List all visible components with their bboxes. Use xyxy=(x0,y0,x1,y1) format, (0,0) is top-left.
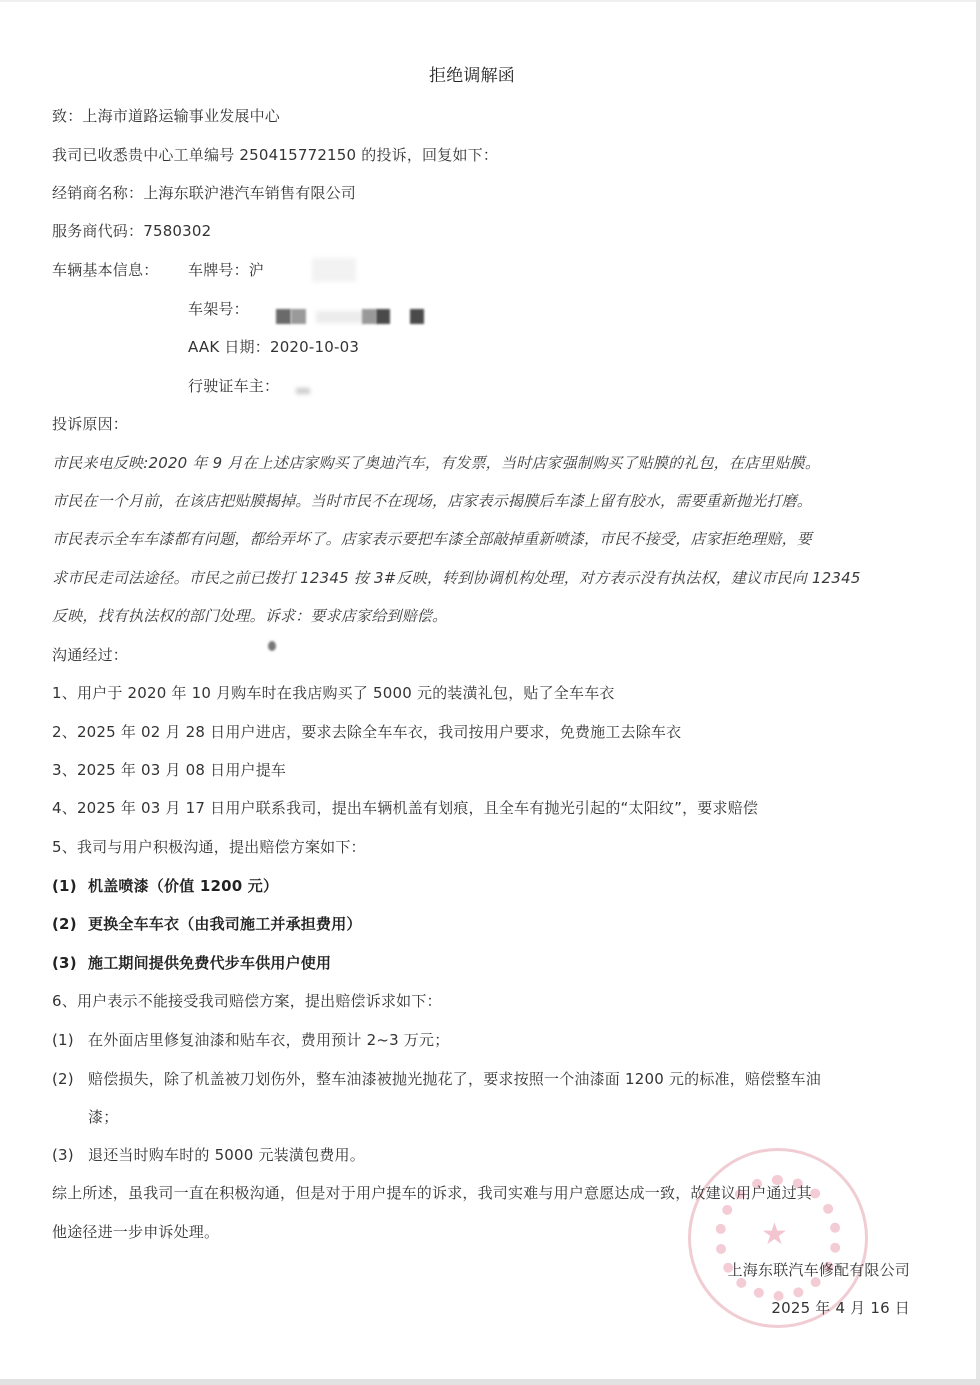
redacted-plate xyxy=(312,258,356,282)
demand-index: (1) xyxy=(52,1030,88,1050)
proposal-index: (2) xyxy=(52,914,88,934)
communication-item: 2、2025 年 02 月 28 日用户进店，要求去除全车车衣，我司按用户要求，… xyxy=(52,722,681,742)
proposal-item: (2)更换全车车衣（由我司施工并承担费用） xyxy=(52,914,362,934)
addressee: 致：上海市道路运输事业发展中心 xyxy=(52,106,280,126)
demand-continuation: 漆； xyxy=(88,1107,118,1127)
complaint-line: 市民表示全车车漆都有问题，都给弄坏了。店家表示要把车漆全部敲掉重新喷漆，市民不接… xyxy=(52,529,812,549)
communication-item: 3、2025 年 03 月 08 日用户提车 xyxy=(52,760,286,780)
redacted-owner xyxy=(296,388,310,394)
proposal-text: 施工期间提供免费代步车供用户使用 xyxy=(88,954,331,972)
intro-line: 我司已收悉贵中心工单编号 250415772150 的投诉，回复如下： xyxy=(52,145,498,165)
proposal-index: (3) xyxy=(52,953,88,973)
page-edge-right xyxy=(976,0,980,1385)
demand-index: (3) xyxy=(52,1145,88,1165)
demand-index: (2) xyxy=(52,1069,88,1089)
complaint-line: 市民在一个月前，在该店把贴膜揭掉。当时市民不在现场，店家表示揭膜后车漆上留有胶水… xyxy=(52,491,812,511)
seal-star-icon: ★ xyxy=(761,1217,788,1252)
proposal-text: 更换全车车衣（由我司施工并承担费用） xyxy=(88,915,362,933)
redacted-vin xyxy=(276,307,426,325)
plate-label: 车牌号：沪 xyxy=(188,260,264,280)
conclusion-line: 他途径进一步申诉处理。 xyxy=(52,1222,219,1242)
dealer-name: 经销商名称：上海东联沪港汽车销售有限公司 xyxy=(52,183,356,203)
signature-date: 2025 年 4 月 16 日 xyxy=(771,1298,910,1318)
page-edge-top xyxy=(0,0,980,2)
complaint-line: 反映，找有执法权的部门处理。诉求：要求店家给到赔偿。 xyxy=(52,606,447,626)
communication-item: 1、用户于 2020 年 10 月购车时在我店购买了 5000 元的装潢礼包，贴… xyxy=(52,683,615,703)
demand-item: (1)在外面店里修复油漆和贴车衣，费用预计 2~3 万元； xyxy=(52,1030,449,1050)
service-code: 服务商代码：7580302 xyxy=(52,221,211,241)
vin-label: 车架号： xyxy=(188,299,249,319)
ink-spot xyxy=(268,641,276,651)
proposal-text: 机盖喷漆（价值 1200 元） xyxy=(88,877,278,895)
complaint-line: 求市民走司法途径。市民之前已拨打 12345 按 3#反映，转到协调机构处理，对… xyxy=(52,568,861,588)
aak-date: AAK 日期：2020-10-03 xyxy=(188,337,359,357)
complaint-label: 投诉原因： xyxy=(52,414,128,434)
proposal-index: (1) xyxy=(52,876,88,896)
complaint-line: 市民来电反映:2020 年 9 月在上述店家购买了奥迪汽车，有发票，当时店家强制… xyxy=(52,453,820,473)
communication-item: 4、2025 年 03 月 17 日用户联系我司，提出车辆机盖有划痕，且全车有抛… xyxy=(52,798,758,818)
communication-item-6: 6、用户表示不能接受我司赔偿方案，提出赔偿诉求如下： xyxy=(52,991,442,1011)
communication-item: 5、我司与用户积极沟通，提出赔偿方案如下： xyxy=(52,837,366,857)
document-title: 拒绝调解函 xyxy=(0,66,944,86)
conclusion-line: 综上所述，虽我司一直在积极沟通，但是对于用户提车的诉求，我司实难与用户意愿达成一… xyxy=(52,1183,812,1203)
demand-text: 赔偿损失，除了机盖被刀划伤外，整车油漆被抛光抛花了，要求按照一个油漆面 1200… xyxy=(88,1070,821,1088)
signature-company: 上海东联汽车修配有限公司 xyxy=(728,1260,910,1280)
demand-item: (2)赔偿损失，除了机盖被刀划伤外，整车油漆被抛光抛花了，要求按照一个油漆面 1… xyxy=(52,1069,821,1089)
demand-item: (3)退还当时购车时的 5000 元装潢包费用。 xyxy=(52,1145,365,1165)
communication-label: 沟通经过： xyxy=(52,645,128,665)
proposal-item: (3)施工期间提供免费代步车供用户使用 xyxy=(52,953,331,973)
page-edge-bottom xyxy=(0,1379,980,1385)
proposal-item: (1)机盖喷漆（价值 1200 元） xyxy=(52,876,278,896)
demand-text: 在外面店里修复油漆和贴车衣，费用预计 2~3 万元； xyxy=(88,1031,449,1049)
owner-label: 行驶证车主： xyxy=(188,376,279,396)
demand-text: 退还当时购车时的 5000 元装潢包费用。 xyxy=(88,1146,365,1164)
vehicle-info-label: 车辆基本信息： xyxy=(52,260,158,280)
